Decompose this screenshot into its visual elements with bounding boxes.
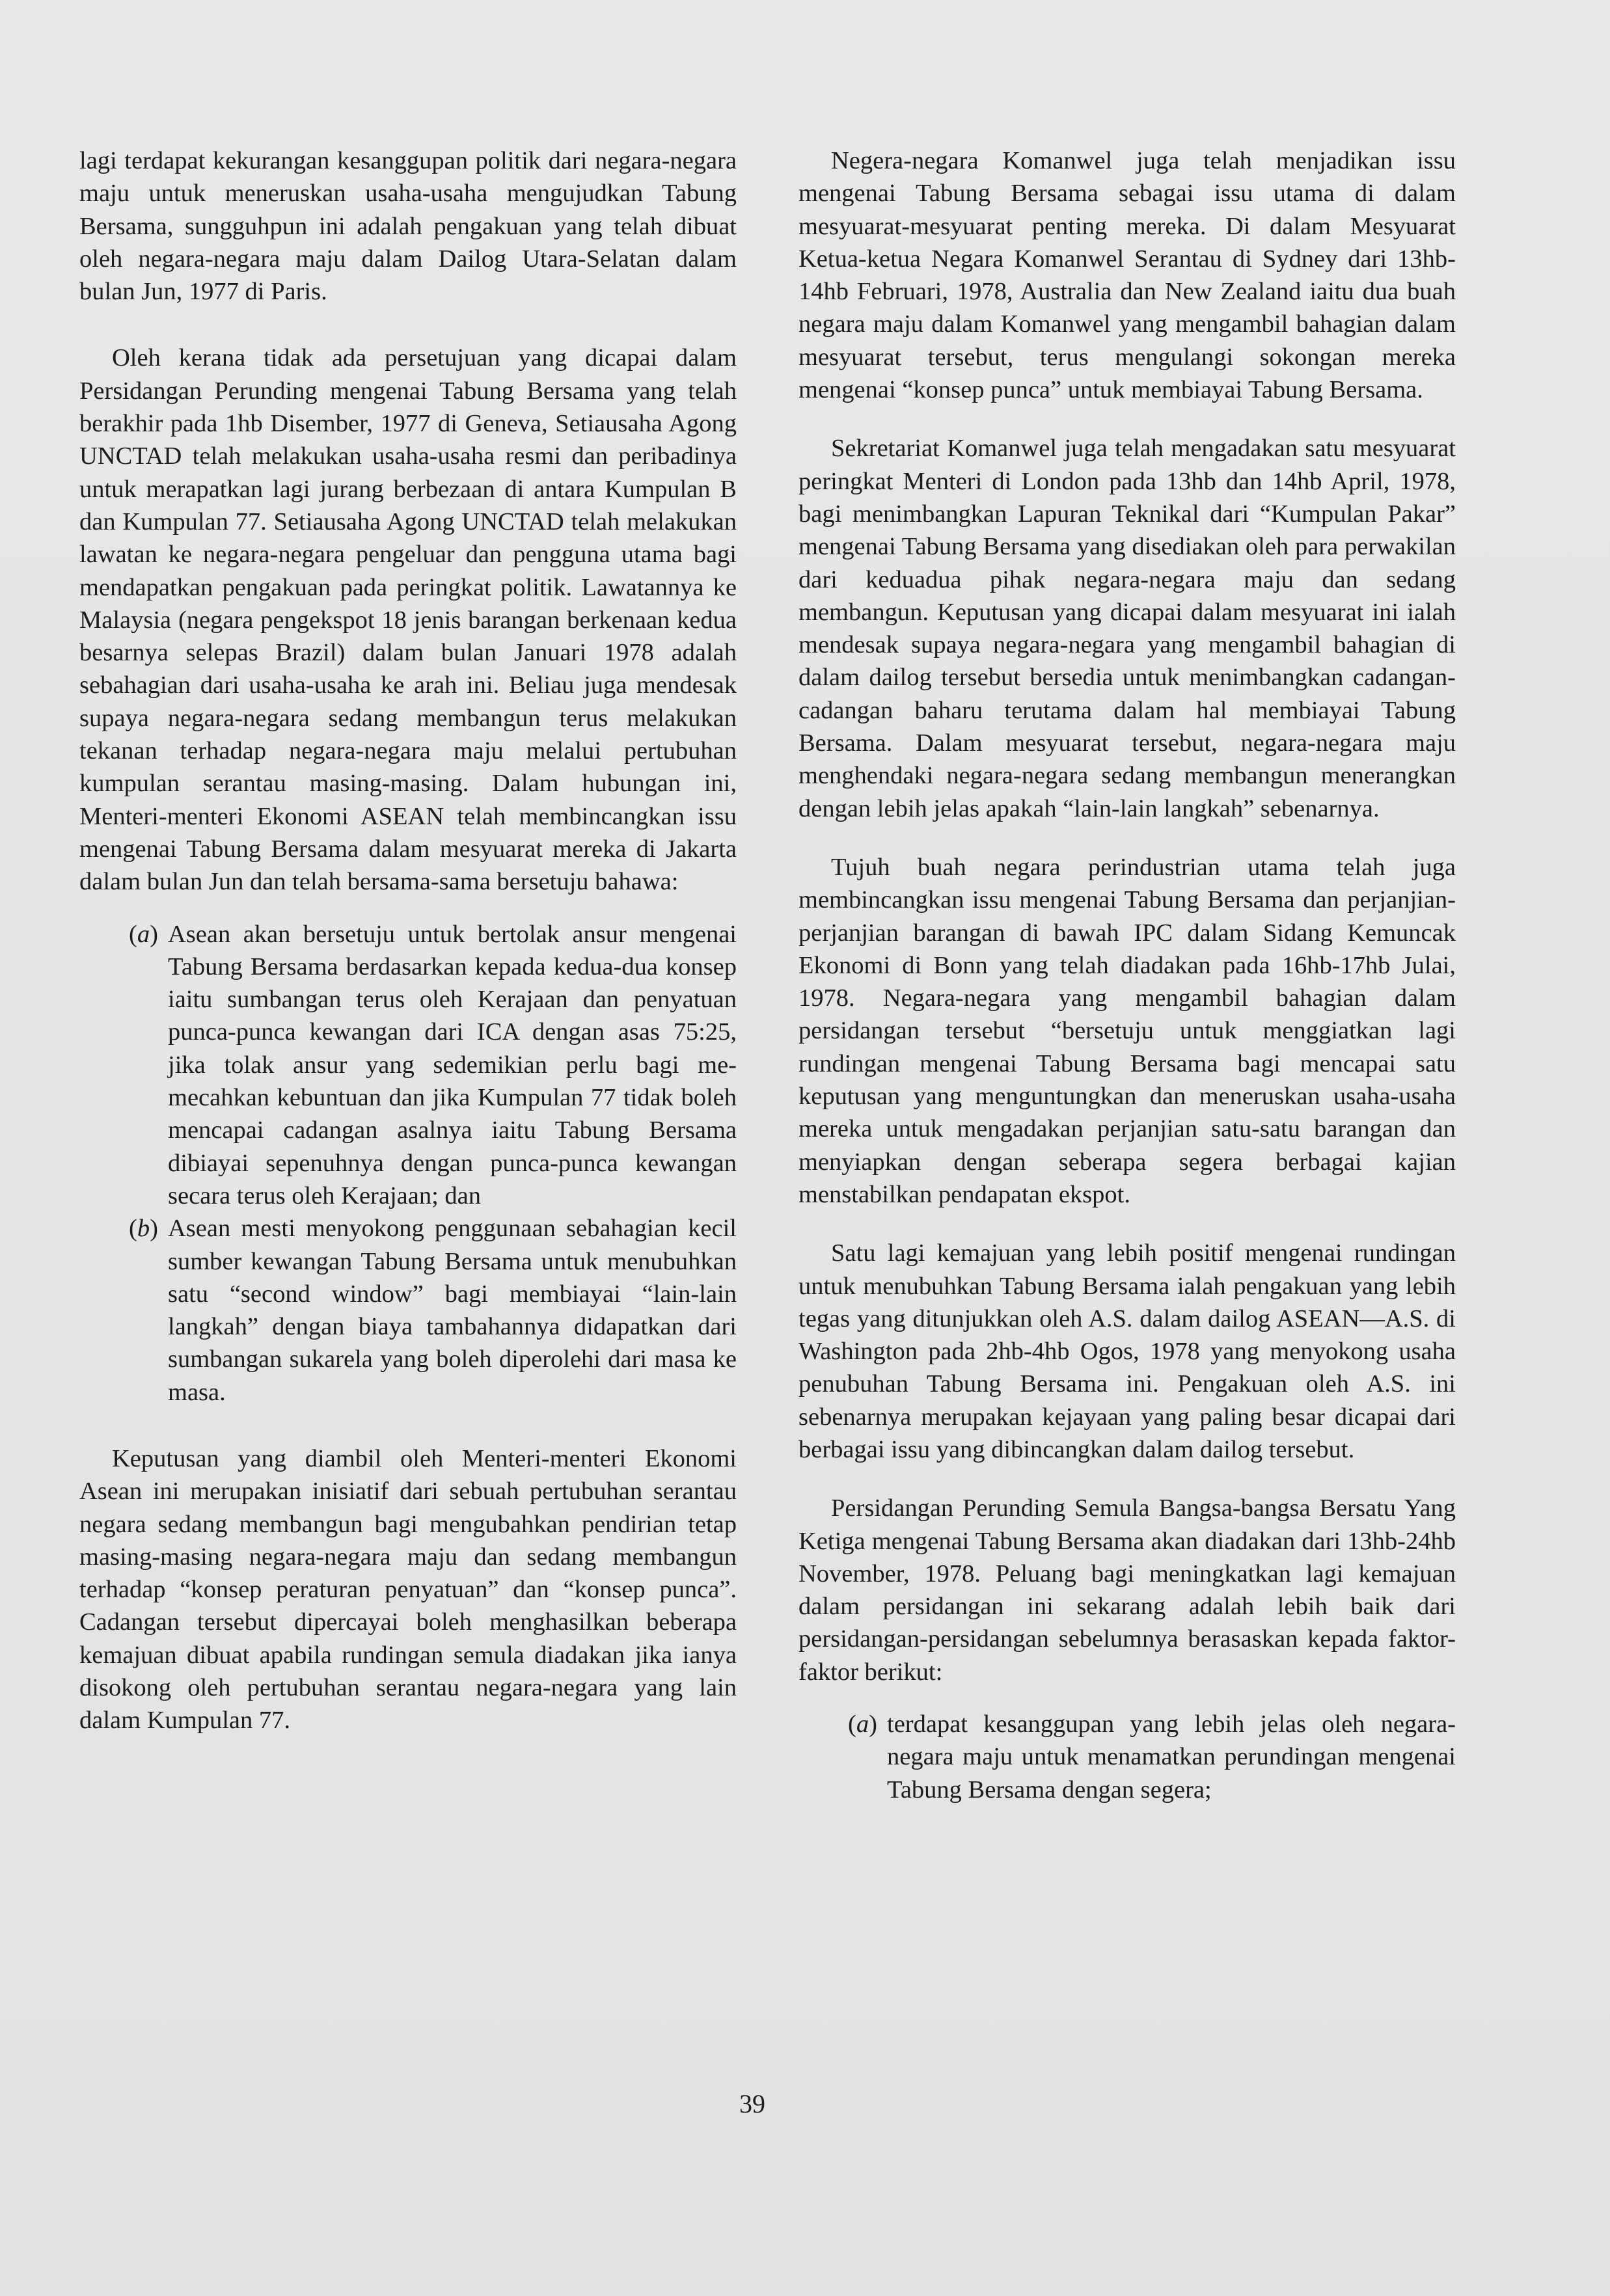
right-column: Negera-negara Komanwel juga telah menjad… [798,144,1456,1806]
page-number: 39 [739,2090,765,2118]
factors-list: (a) terdapat kesanggupan yang lebih jela… [798,1708,1456,1806]
list-marker-a: (a) [848,1708,887,1740]
list-item-text: Asean akan bersetuju untuk bertolak ansu… [168,921,737,1209]
paragraph-unctad-efforts: Oleh kerana tidak ada persetujuan yang d… [79,342,737,898]
paragraph-commonwealth: Negera-negara Komanwel juga telah menjad… [798,144,1456,406]
list-item-text: Asean mesti menyokong penggunaan se­baha… [168,1215,737,1405]
paragraph-asean-decision: Keputusan yang diambil oleh Menteri-ment… [79,1442,737,1737]
paragraph-commonwealth-secretariat: Sekretariat Komanwel juga telah mengadak… [798,432,1456,825]
paragraph-third-conference: Persidangan Perunding Semula Bangsa-bang… [798,1492,1456,1688]
left-column: lagi terdapat kekurangan kesanggupan pol… [79,144,737,1737]
list-item-text: terdapat kesanggupan yang lebih jelas ol… [887,1710,1456,1803]
document-page: lagi terdapat kekurangan kesanggupan pol… [0,0,1610,2296]
list-marker-a: (a) [129,918,168,951]
list-item-a: (a) terdapat kesanggupan yang lebih jela… [798,1708,1456,1806]
list-item-a: (a) Asean akan bersetuju untuk bertolak … [79,918,737,1213]
paragraph-continuation: lagi terdapat kekurangan kesanggupan pol… [79,144,737,308]
list-marker-b: (b) [129,1212,168,1245]
asean-agreement-list: (a) Asean akan bersetuju untuk bertolak … [79,918,737,1409]
paragraph-asean-us-dialogue: Satu lagi kemajuan yang lebih positif me… [798,1237,1456,1466]
list-item-b: (b) Asean mesti menyokong penggunaan se­… [79,1212,737,1409]
paragraph-bonn-summit: Tujuh buah negara perindustrian utama te… [798,851,1456,1211]
